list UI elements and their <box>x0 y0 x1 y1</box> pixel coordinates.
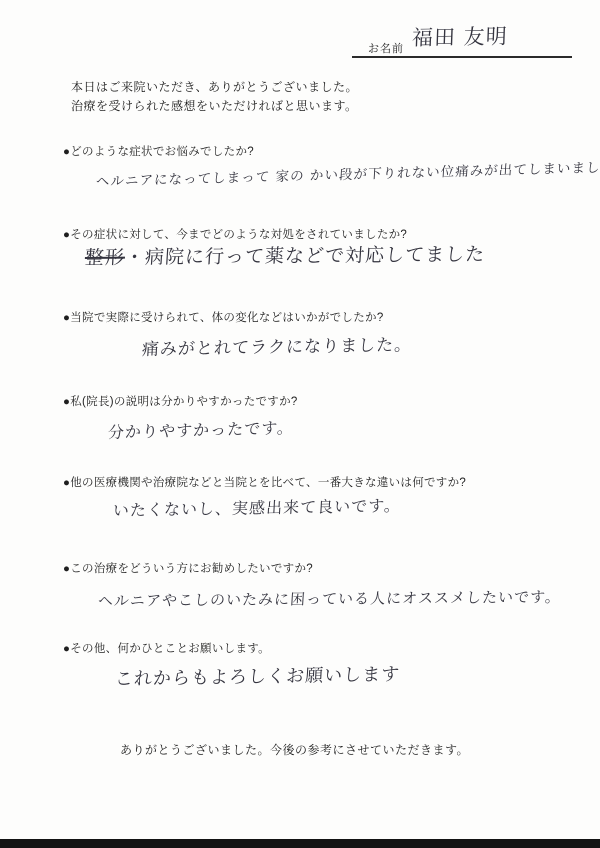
answer-2-handwritten: 整形・病院に行って薬などで対応してました <box>84 240 486 270</box>
question-4-label: ●私(院長)の説明は分かりやすかったですか? <box>63 393 298 409</box>
answer-2-text: ・病院に行って薬などで対応してました <box>124 244 486 269</box>
intro-line-1: 本日はご来院いただき、ありがとうございました。 <box>71 78 358 97</box>
name-field-underline <box>352 56 572 58</box>
question-7-label: ●その他、何かひとことお願いします。 <box>63 640 270 656</box>
question-2-label: ●その症状に対して、今までどのような対処をされていましたか? <box>63 226 407 242</box>
name-field-label: お名前 <box>368 40 404 56</box>
scan-edge-artifact <box>0 839 600 848</box>
answer-5-handwritten: いたくないし、実感出来て良いです。 <box>112 493 401 521</box>
answer-1-handwritten: ヘルニアになってしまって 家の かい段が下りれない位痛みが出てしまいました <box>95 156 600 190</box>
footer-thanks-text: ありがとうございました。今後の参考にさせていただきます。 <box>120 741 469 758</box>
questionnaire-scan-page: お名前 福田 友明 本日はご来院いただき、ありがとうございました。 治療を受けら… <box>0 0 600 848</box>
answer-3-handwritten: 痛みがとれてラクになりました。 <box>141 330 413 360</box>
intro-line-2: 治療を受けられた感想をいただければと思います。 <box>71 97 358 116</box>
name-field-handwritten-value: 福田 友明 <box>411 20 508 52</box>
answer-4-handwritten: 分かりやすかったです。 <box>107 415 295 443</box>
intro-text: 本日はご来院いただき、ありがとうございました。 治療を受けられた感想をいただけれ… <box>71 78 358 116</box>
question-3-label: ●当院で実際に受けられて、体の変化などはいかがでしたか? <box>63 309 384 325</box>
answer-7-handwritten: これからもよろしくお願いします <box>114 660 401 691</box>
question-6-label: ●この治療をどういう方にお勧めしたいですか? <box>63 560 313 576</box>
answer-2-struck-word: 整形 <box>84 247 125 269</box>
answer-6-handwritten: ヘルニアやこしのいたみに困っている人にオススメしたいです。 <box>97 586 561 611</box>
question-1-label: ●どのような症状でお悩みでしたか? <box>63 143 254 159</box>
question-5-label: ●他の医療機関や治療院などと当院とを比べて、一番大きな違いは何ですか? <box>63 474 466 490</box>
